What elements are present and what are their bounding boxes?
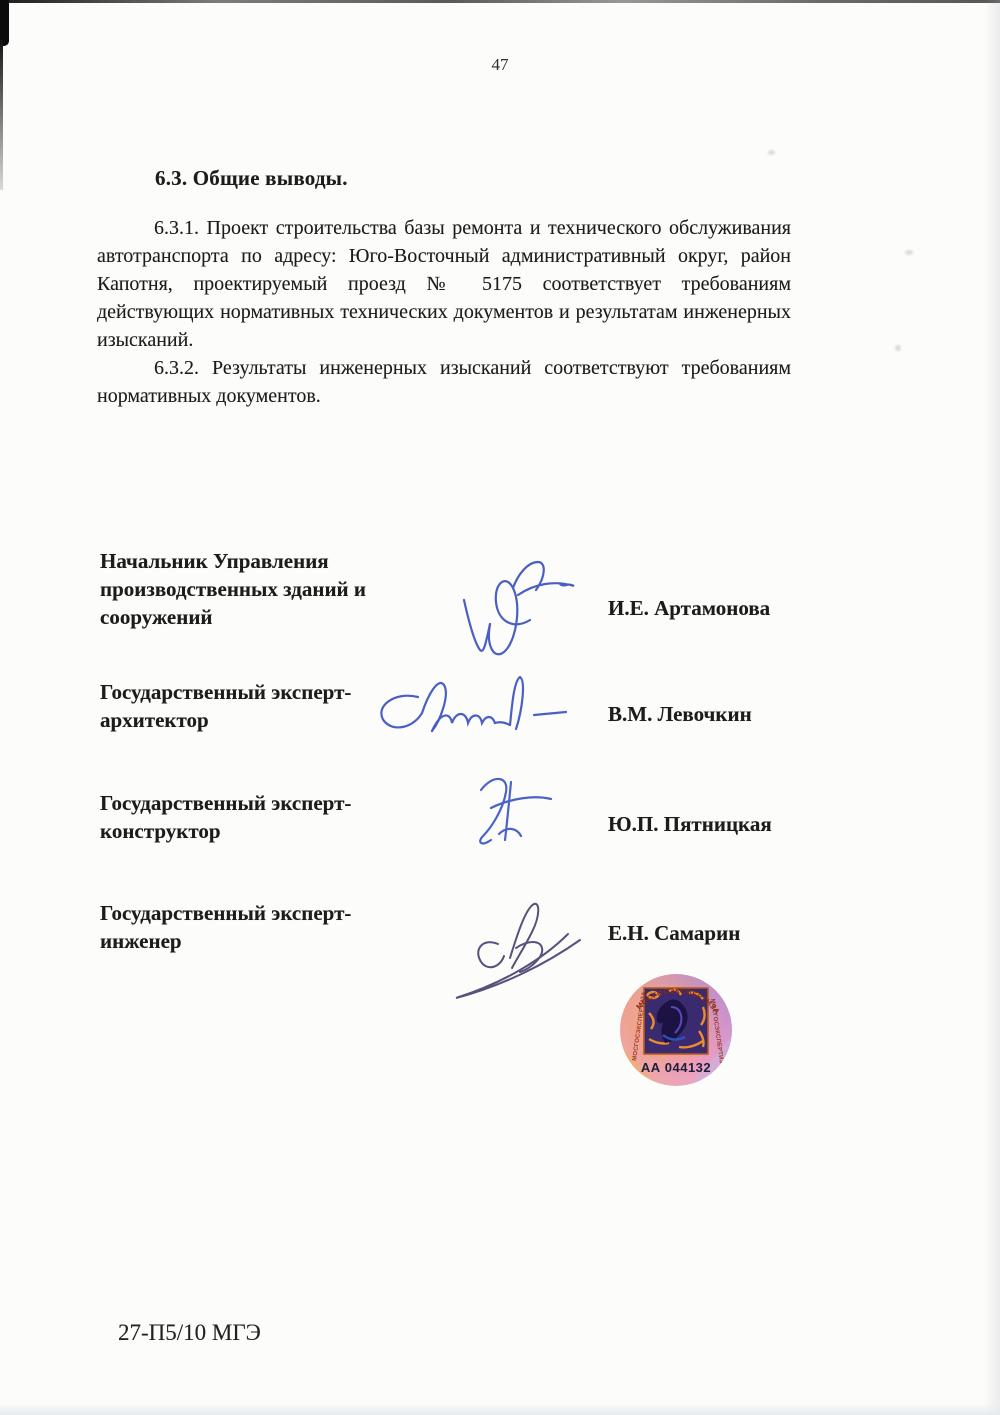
conclusions-text: 6.3.1. Проект строительства базы ремонта…: [97, 214, 791, 410]
scan-speck: [768, 150, 775, 155]
scan-edge-right: [984, 0, 1000, 1415]
paragraph-6-3-1: 6.3.1. Проект строительства базы ремонта…: [97, 214, 791, 354]
signature-samarin-ink: [440, 892, 590, 1004]
signatory-title: Государственный эксперт-конструктор: [100, 789, 430, 845]
stamp-serial-number: АА 044132: [641, 1060, 711, 1075]
signatory-title: Начальник Управления производственных зд…: [100, 547, 430, 631]
hologram-stamp: МОСГОСЭКСПЕРТИЗА МОСГОСЭКСПЕРТИЗА МОСГОС…: [619, 973, 733, 1087]
signature-pyatnitskaya-ink: [455, 768, 555, 850]
signatory-name: Е.Н. Самарин: [608, 921, 740, 946]
paragraph-6-3-2: 6.3.2. Результаты инженерных изысканий с…: [97, 354, 791, 410]
signature-levochkin-ink: [358, 665, 583, 753]
signatory-name: В.М. Левочкин: [608, 702, 752, 727]
page-number: 47: [0, 55, 1000, 75]
scan-edge-top: [0, 0, 1000, 3]
signature-artamonova-ink: [450, 550, 595, 668]
scan-speck: [895, 345, 901, 351]
signatory-name: Ю.П. Пятницкая: [608, 812, 772, 837]
scanned-document-page: { "page": { "number": "47", "footer_ref"…: [0, 0, 1000, 1415]
signatory-title: Государственный эксперт-инженер: [100, 899, 430, 955]
signatory-name: И.Е. Артамонова: [608, 596, 770, 621]
scan-speck: [905, 250, 913, 255]
section-heading: 6.3. Общие выводы.: [155, 166, 348, 191]
scan-edge-bottom: [0, 1403, 1000, 1415]
document-reference-number: 27-П5/10 МГЭ: [118, 1320, 261, 1346]
